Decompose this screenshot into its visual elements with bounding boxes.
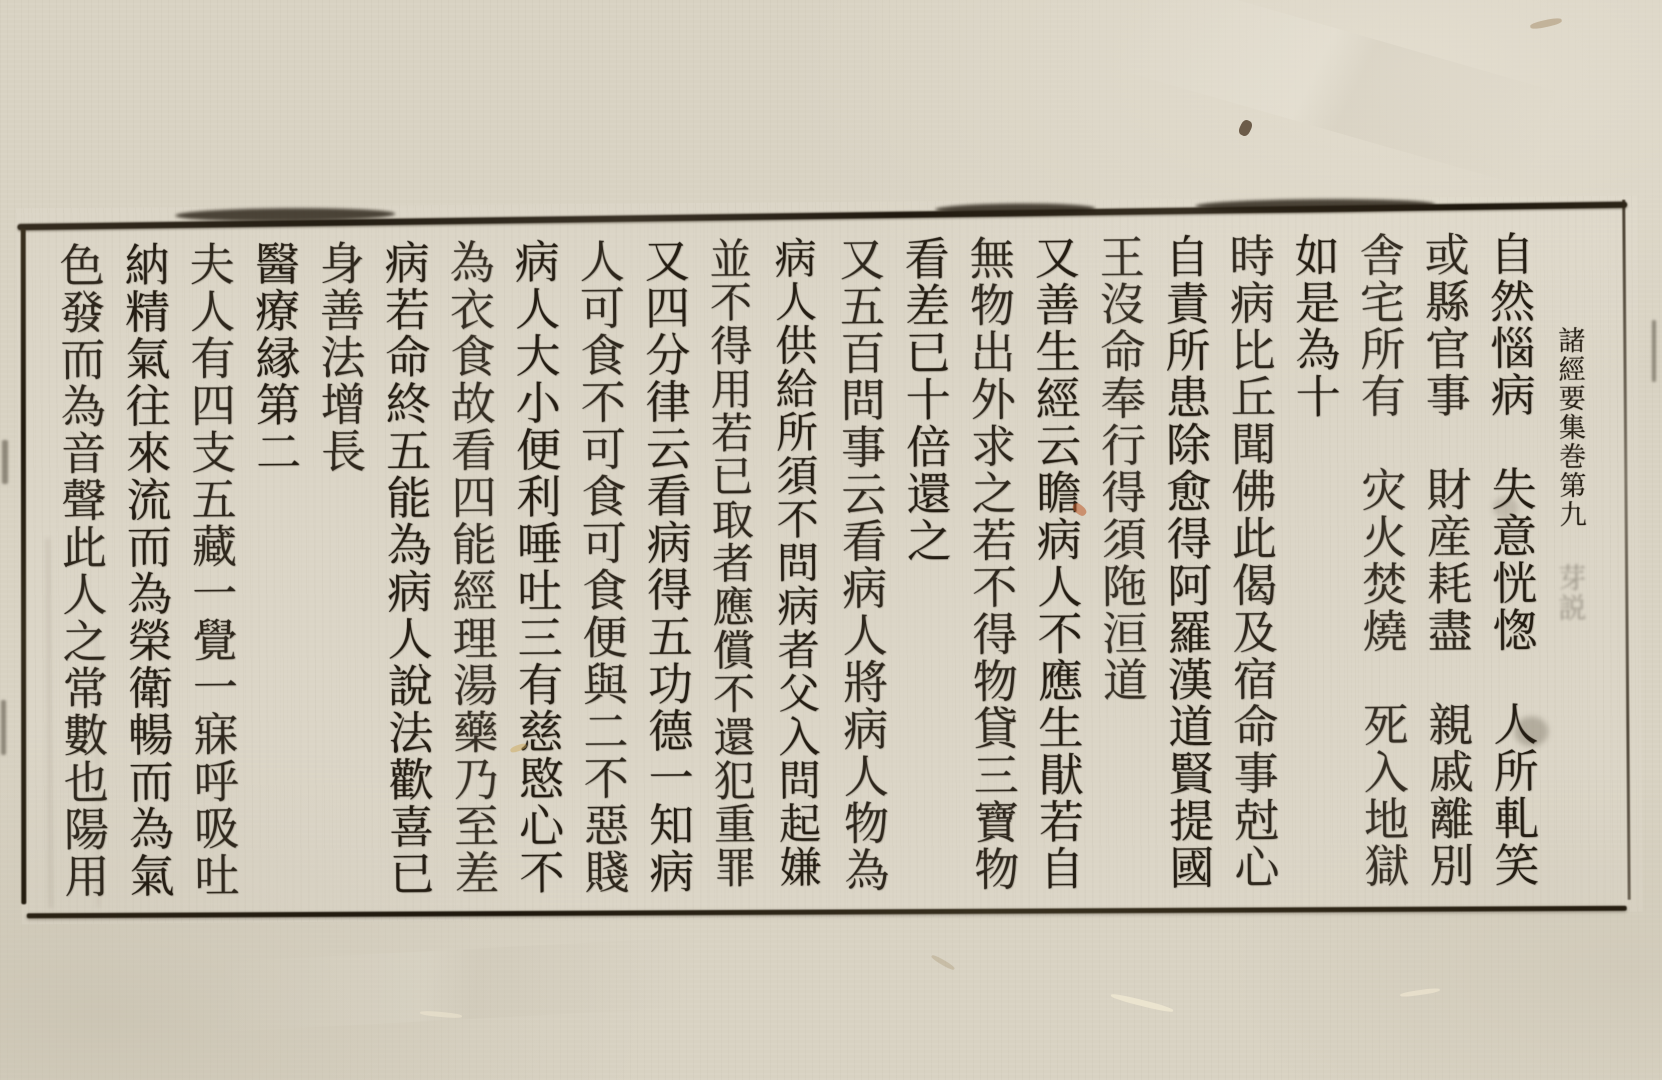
text-column-22: 納精氣往來流而為榮衛暢而為氣 <box>110 241 180 905</box>
section-heading-column: 醫療縁第二 <box>240 240 310 904</box>
text-column-6: 自責所患除愈得阿羅漢道賢提國 <box>1150 233 1220 897</box>
text-columns: 諸經要集巻第九芽説 自然惱病 失意恍愡 人所軋笑 或縣官事 財産耗盡 親戚離別 … <box>35 230 1600 906</box>
paper-fiber <box>1400 987 1440 998</box>
text-column-2: 或縣官事 財産耗盡 親戚離別 <box>1410 231 1480 895</box>
photo-edge-mark <box>2 440 8 484</box>
text-column-1: 自然惱病 失意恍愡 人所軋笑 <box>1475 230 1545 894</box>
text-column-14: 又四分律云看病得五功德一知病 <box>630 237 700 901</box>
text-column-7: 王沒命奉行得須陁洹道 <box>1085 233 1155 897</box>
left-border-rule <box>21 228 27 904</box>
text-column-11: 又五百問事云看病人將病人物為 <box>825 236 895 900</box>
text-column-8: 又善生經云瞻病人不應生猒若自 <box>1020 234 1090 898</box>
text-column-15: 人可食不可食可食便與二不惡賤 <box>565 238 635 902</box>
paper-background: 諸經要集巻第九芽説 自然惱病 失意恍愡 人所軋笑 或縣官事 財産耗盡 親戚離別 … <box>0 0 1662 1080</box>
text-column-3: 舎宅所有 灾火焚燒 死入地獄 <box>1345 231 1415 895</box>
text-column-18: 病若命終五能為病人說法歡喜已 <box>370 239 440 903</box>
right-border-rule <box>1622 200 1630 900</box>
text-column-5: 時病比丘聞佛此偈及宿命事尅心 <box>1215 232 1285 896</box>
photo-edge-mark <box>1 700 6 755</box>
printed-text-block: 諸經要集巻第九芽説 自然惱病 失意恍愡 人所軋笑 或縣官事 財産耗盡 親戚離別 … <box>15 196 1643 925</box>
faded-annotation: 芽説 <box>1554 563 1587 623</box>
paper-fiber <box>1110 992 1174 1013</box>
paper-fiber <box>1530 17 1563 31</box>
paper-fiber <box>930 954 955 971</box>
photo-edge-mark <box>1652 320 1656 382</box>
text-column-9: 無物出外求之若不得物貸三寶物 <box>955 234 1025 898</box>
text-column-10: 看差已十倍還之 <box>890 235 960 899</box>
text-column-19: 身善法增長 <box>305 240 375 904</box>
text-column-21: 夫人有四支五藏一覺一寐呼吸吐 <box>175 241 245 905</box>
title-column: 諸經要集巻第九芽説 <box>1540 230 1600 894</box>
text-column-23: 色發而為音聲此人之常數也陽用 <box>45 242 115 906</box>
paper-wrinkle <box>1115 0 1556 187</box>
text-column-16: 病人大小便利唾吐三有慈愍心不 <box>500 238 570 902</box>
text-column-4: 如是為十 <box>1280 232 1350 896</box>
volume-title: 諸經要集巻第九 <box>1553 326 1586 529</box>
text-column-17: 為衣食故看四能經理湯藥乃至差 <box>435 239 505 903</box>
text-column-12: 病人供給所須不問病者父入問起嫌 <box>760 236 830 900</box>
paper-fiber <box>1237 118 1254 137</box>
bottom-border-rule <box>27 906 1627 919</box>
paper-wrinkle <box>199 937 702 1033</box>
text-column-13: 並不得用若已取者應償不還犯重罪 <box>695 237 765 901</box>
